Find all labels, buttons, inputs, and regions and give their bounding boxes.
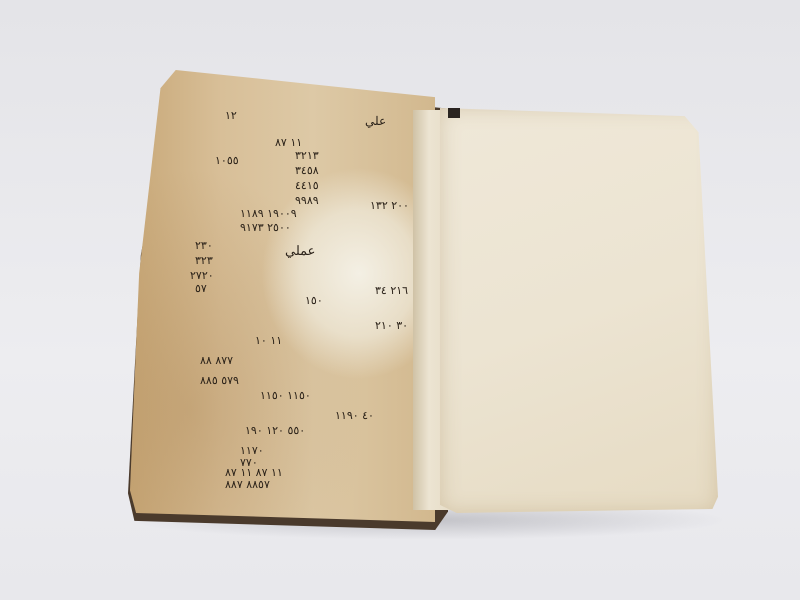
handwriting-line: ١٥٠ bbox=[305, 295, 323, 307]
right-page bbox=[440, 108, 718, 513]
handwriting-line: ١١ ١٠ bbox=[255, 335, 282, 347]
handwriting-line: ٢٣٠ bbox=[195, 240, 213, 252]
handwriting-line: ٢١٦ ٣٤ bbox=[375, 285, 408, 297]
marginal-word: عملي bbox=[285, 245, 315, 259]
handwriting-line: ١٢ bbox=[225, 110, 237, 122]
handwriting-line: ٣٠ ٢١٠ bbox=[375, 320, 408, 332]
handwriting-line: ٥٧٩ ٨٨٥ bbox=[200, 375, 239, 387]
handwriting-line: ٩٩٨٩ bbox=[295, 195, 319, 207]
handwriting-line: ٣٢١٣ bbox=[295, 150, 319, 162]
handwriting-line: ٤٤١٥ bbox=[295, 180, 319, 192]
handwritten-calculations: ١٢ ١١ ٨٧ ٣٢١٣ ١٠٥٥ ٣٤٥٨ ٤٤١٥ ٩٩٨٩ ١٩٠٠٩ … bbox=[185, 105, 425, 485]
handwriting-line: ١١ ٨٧ bbox=[275, 137, 302, 149]
handwriting-line: ٥٧ bbox=[195, 283, 207, 295]
handwriting-line: ١٠٥٥ bbox=[215, 155, 239, 167]
photo-scene: ١٢ ١١ ٨٧ ٣٢١٣ ١٠٥٥ ٣٤٥٨ ٤٤١٥ ٩٩٨٩ ١٩٠٠٩ … bbox=[0, 0, 800, 600]
handwriting-line: ٢٥٠٠ ٩١٧٣ bbox=[240, 222, 291, 234]
marginal-word: علي bbox=[365, 115, 386, 128]
handwriting-line: ١١٥٠ ١١٥٠ bbox=[260, 390, 311, 402]
handwriting-line: ٣٤٥٨ bbox=[295, 165, 319, 177]
handwriting-line: ٤٠ ١١٩٠ bbox=[335, 410, 374, 422]
handwriting-line: ٢٧٢٠ bbox=[190, 270, 214, 282]
handwriting-line: ٢٠٠ ١٣٢ bbox=[370, 200, 409, 212]
handwriting-line: ٥٥٠ ١٢٠ ١٩٠ bbox=[245, 425, 305, 437]
spine-fragment bbox=[448, 108, 460, 118]
handwriting-line: ٨٧٧ ٨٨ bbox=[200, 355, 233, 367]
handwriting-line: ٨٨٥٧ ٨٨٧ bbox=[225, 479, 270, 491]
handwriting-line: ١٩٠٠٩ ١١٨٩ bbox=[240, 208, 297, 220]
handwriting-line: ٣٢٣ bbox=[195, 255, 213, 267]
